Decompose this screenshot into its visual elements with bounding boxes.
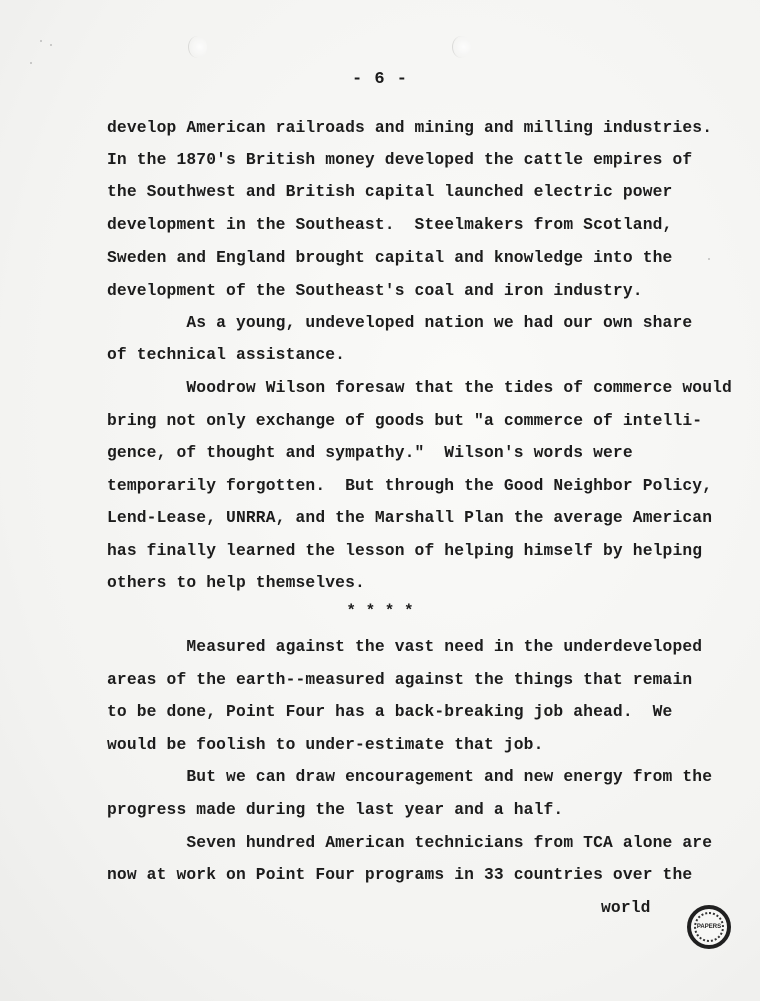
- paper-speck: [708, 258, 710, 260]
- text-line: Lend-Lease, UNRRA, and the Marshall Plan…: [107, 508, 712, 528]
- text-line: But we can draw encouragement and new en…: [107, 767, 712, 787]
- text-line: the Southwest and British capital launch…: [107, 182, 672, 202]
- text-line: would be foolish to under-estimate that …: [107, 735, 544, 755]
- text-line: now at work on Point Four programs in 33…: [107, 865, 692, 885]
- text-line: Woodrow Wilson foresaw that the tides of…: [107, 378, 732, 398]
- text-line: to be done, Point Four has a back-breaki…: [107, 702, 672, 722]
- stamp-ring-text: [694, 912, 724, 942]
- text-line: develop American railroads and mining an…: [107, 118, 712, 138]
- text-line: has finally learned the lesson of helpin…: [107, 541, 702, 561]
- punch-hole-left: [188, 36, 207, 58]
- text-line: Measured against the vast need in the un…: [107, 637, 702, 657]
- punch-hole-right: [452, 36, 471, 58]
- paper-speck: [30, 62, 32, 64]
- page-number: - 6 -: [0, 70, 760, 89]
- text-line: others to help themselves.: [107, 573, 365, 593]
- paper-speck: [40, 40, 42, 42]
- text-line: progress made during the last year and a…: [107, 800, 563, 820]
- text-line: In the 1870's British money developed th…: [107, 150, 692, 170]
- text-line: gence, of thought and sympathy." Wilson'…: [107, 443, 633, 463]
- library-stamp: PAPERS: [687, 905, 731, 949]
- text-line: development of the Southeast's coal and …: [107, 281, 643, 301]
- text-line: temporarily forgotten. But through the G…: [107, 476, 712, 496]
- text-line: bring not only exchange of goods but "a …: [107, 411, 702, 431]
- text-line: of technical assistance.: [107, 345, 345, 365]
- catchword: world: [601, 898, 651, 918]
- text-line: Sweden and England brought capital and k…: [107, 248, 672, 268]
- section-break: * * * *: [0, 602, 760, 620]
- paper-speck: [50, 44, 52, 46]
- text-line: Seven hundred American technicians from …: [107, 833, 712, 853]
- document-page: - 6 - develop American railroads and min…: [0, 0, 760, 1001]
- text-line: As a young, undeveloped nation we had ou…: [107, 313, 692, 333]
- text-line: development in the Southeast. Steelmaker…: [107, 215, 672, 235]
- text-line: areas of the earth--measured against the…: [107, 670, 692, 690]
